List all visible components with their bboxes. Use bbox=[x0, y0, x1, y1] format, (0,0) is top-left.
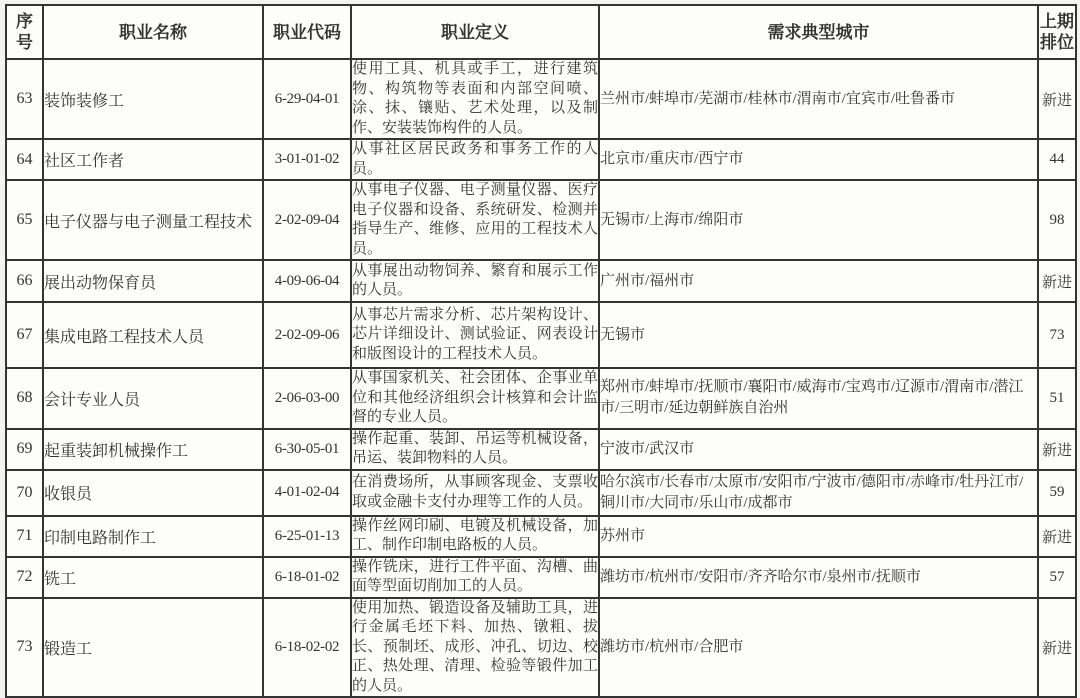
table-row: 68会计专业人员2-06-03-00从事国家机关、社会团体、企事业单位和其他经济… bbox=[6, 368, 1076, 429]
rank-cell: 新进 bbox=[1038, 429, 1076, 470]
occupation-table: 序号 职业名称 职业代码 职业定义 需求典型城市 上期排位 63装饰装修工6-2… bbox=[5, 4, 1077, 695]
definition-cell: 从事电子仪器、电子测量仪器、医疗电子仪器和设备、系统研发、检测并指导生产、维修、… bbox=[351, 180, 599, 260]
name-cell: 锻造工 bbox=[43, 598, 263, 696]
seq-cell: 73 bbox=[6, 598, 43, 696]
cities-cell: 无锡市 bbox=[599, 302, 1038, 368]
code-cell: 6-18-02-02 bbox=[263, 598, 351, 696]
cities-cell: 宁波市/武汉市 bbox=[599, 429, 1038, 470]
rank-cell: 44 bbox=[1038, 139, 1076, 180]
name-cell: 装饰装修工 bbox=[43, 59, 263, 139]
name-cell: 会计专业人员 bbox=[43, 368, 263, 429]
code-cell: 6-25-01-13 bbox=[263, 516, 351, 557]
cities-cell: 广州市/福州市 bbox=[599, 260, 1038, 302]
header-demand-cities: 需求典型城市 bbox=[599, 5, 1038, 59]
table-row: 63装饰装修工6-29-04-01使用工具、机具或手工，进行建筑物、构筑物等表面… bbox=[6, 59, 1076, 139]
code-cell: 6-30-05-01 bbox=[263, 429, 351, 470]
table-row: 64社区工作者3-01-01-02从事社区居民政务和事务工作的人员。北京市/重庆… bbox=[6, 139, 1076, 180]
seq-cell: 67 bbox=[6, 302, 43, 368]
seq-cell: 66 bbox=[6, 260, 43, 302]
seq-cell: 70 bbox=[6, 470, 43, 516]
cities-cell: 无锡市/上海市/绵阳市 bbox=[599, 180, 1038, 260]
name-cell: 社区工作者 bbox=[43, 139, 263, 180]
table-row: 72铣工6-18-01-02操作铣床，进行工件平面、沟槽、曲面等型面切削加工的人… bbox=[6, 557, 1076, 598]
rank-cell: 新进 bbox=[1038, 516, 1076, 557]
table-row: 66展出动物保育员4-09-06-04从事展出动物饲养、繁育和展示工作的人员。广… bbox=[6, 260, 1076, 302]
code-cell: 3-01-01-02 bbox=[263, 139, 351, 180]
table-row: 69起重装卸机械操作工6-30-05-01操作起重、装卸、吊运等机械设备，吊运、… bbox=[6, 429, 1076, 470]
seq-cell: 69 bbox=[6, 429, 43, 470]
definition-cell: 使用工具、机具或手工，进行建筑物、构筑物等表面和内部空间喷、涂、抹、镶贴、艺术处… bbox=[351, 59, 599, 139]
cities-cell: 兰州市/蚌埠市/芜湖市/桂林市/渭南市/宜宾市/吐鲁番市 bbox=[599, 59, 1038, 139]
code-cell: 4-09-06-04 bbox=[263, 260, 351, 302]
cities-cell: 苏州市 bbox=[599, 516, 1038, 557]
header-seq: 序号 bbox=[6, 5, 43, 59]
definition-cell: 操作丝网印刷、电镀及机械设备，加工、制作印制电路板的人员。 bbox=[351, 516, 599, 557]
cities-cell: 北京市/重庆市/西宁市 bbox=[599, 139, 1038, 180]
header-row: 序号 职业名称 职业代码 职业定义 需求典型城市 上期排位 bbox=[6, 5, 1076, 59]
table-row: 65电子仪器与电子测量工程技术2-02-09-04从事电子仪器、电子测量仪器、医… bbox=[6, 180, 1076, 260]
name-cell: 集成电路工程技术人员 bbox=[43, 302, 263, 368]
code-cell: 6-18-01-02 bbox=[263, 557, 351, 598]
definition-cell: 从事国家机关、社会团体、企事业单位和其他经济组织会计核算和会计监督的专业人员。 bbox=[351, 368, 599, 429]
rank-cell: 98 bbox=[1038, 180, 1076, 260]
table-row: 73锻造工6-18-02-02使用加热、锻造设备及辅助工具，进行金属毛坯下料、加… bbox=[6, 598, 1076, 696]
definition-cell: 从事社区居民政务和事务工作的人员。 bbox=[351, 139, 599, 180]
name-cell: 展出动物保育员 bbox=[43, 260, 263, 302]
definition-cell: 使用加热、锻造设备及辅助工具，进行金属毛坯下料、加热、镦粗、拔长、预制坯、成形、… bbox=[351, 598, 599, 696]
rank-cell: 51 bbox=[1038, 368, 1076, 429]
rank-cell: 新进 bbox=[1038, 59, 1076, 139]
code-cell: 2-02-09-06 bbox=[263, 302, 351, 368]
table-header: 序号 职业名称 职业代码 职业定义 需求典型城市 上期排位 bbox=[6, 5, 1076, 59]
rank-cell: 73 bbox=[1038, 302, 1076, 368]
rank-cell: 57 bbox=[1038, 557, 1076, 598]
definition-cell: 从事芯片需求分析、芯片架构设计、芯片详细设计、测试验证、网表设计和版图设计的工程… bbox=[351, 302, 599, 368]
seq-cell: 68 bbox=[6, 368, 43, 429]
seq-cell: 64 bbox=[6, 139, 43, 180]
table-row: 67集成电路工程技术人员2-02-09-06从事芯片需求分析、芯片架构设计、芯片… bbox=[6, 302, 1076, 368]
table-row: 70收银员4-01-02-04在消费场所，从事顾客现金、支票收取或金融卡支付办理… bbox=[6, 470, 1076, 516]
definition-cell: 从事展出动物饲养、繁育和展示工作的人员。 bbox=[351, 260, 599, 302]
cities-cell: 郑州市/蚌埠市/抚顺市/襄阳市/威海市/宝鸡市/辽源市/渭南市/潜江市/三明市/… bbox=[599, 368, 1038, 429]
table-row: 71印制电路制作工6-25-01-13操作丝网印刷、电镀及机械设备，加工、制作印… bbox=[6, 516, 1076, 557]
table-body: 63装饰装修工6-29-04-01使用工具、机具或手工，进行建筑物、构筑物等表面… bbox=[6, 59, 1076, 695]
seq-cell: 71 bbox=[6, 516, 43, 557]
header-occupation-name: 职业名称 bbox=[43, 5, 263, 59]
code-cell: 2-06-03-00 bbox=[263, 368, 351, 429]
definition-cell: 操作起重、装卸、吊运等机械设备，吊运、装卸物料的人员。 bbox=[351, 429, 599, 470]
name-cell: 印制电路制作工 bbox=[43, 516, 263, 557]
code-cell: 4-01-02-04 bbox=[263, 470, 351, 516]
cities-cell: 哈尔滨市/长春市/太原市/安阳市/宁波市/德阳市/赤峰市/牡丹江市/铜川市/大同… bbox=[599, 470, 1038, 516]
name-cell: 起重装卸机械操作工 bbox=[43, 429, 263, 470]
definition-cell: 在消费场所，从事顾客现金、支票收取或金融卡支付办理等工作的人员。 bbox=[351, 470, 599, 516]
rank-cell: 新进 bbox=[1038, 598, 1076, 696]
seq-cell: 72 bbox=[6, 557, 43, 598]
header-occupation-definition: 职业定义 bbox=[351, 5, 599, 59]
cities-cell: 潍坊市/杭州市/合肥市 bbox=[599, 598, 1038, 696]
seq-cell: 63 bbox=[6, 59, 43, 139]
seq-cell: 65 bbox=[6, 180, 43, 260]
name-cell: 收银员 bbox=[43, 470, 263, 516]
rank-cell: 新进 bbox=[1038, 260, 1076, 302]
name-cell: 电子仪器与电子测量工程技术 bbox=[43, 180, 263, 260]
header-previous-rank: 上期排位 bbox=[1038, 5, 1076, 59]
name-cell: 铣工 bbox=[43, 557, 263, 598]
header-occupation-code: 职业代码 bbox=[263, 5, 351, 59]
code-cell: 2-02-09-04 bbox=[263, 180, 351, 260]
definition-cell: 操作铣床，进行工件平面、沟槽、曲面等型面切削加工的人员。 bbox=[351, 557, 599, 598]
code-cell: 6-29-04-01 bbox=[263, 59, 351, 139]
document-sheet: 序号 职业名称 职业代码 职业定义 需求典型城市 上期排位 63装饰装修工6-2… bbox=[5, 4, 1075, 695]
rank-cell: 59 bbox=[1038, 470, 1076, 516]
cities-cell: 潍坊市/杭州市/安阳市/齐齐哈尔市/泉州市/抚顺市 bbox=[599, 557, 1038, 598]
